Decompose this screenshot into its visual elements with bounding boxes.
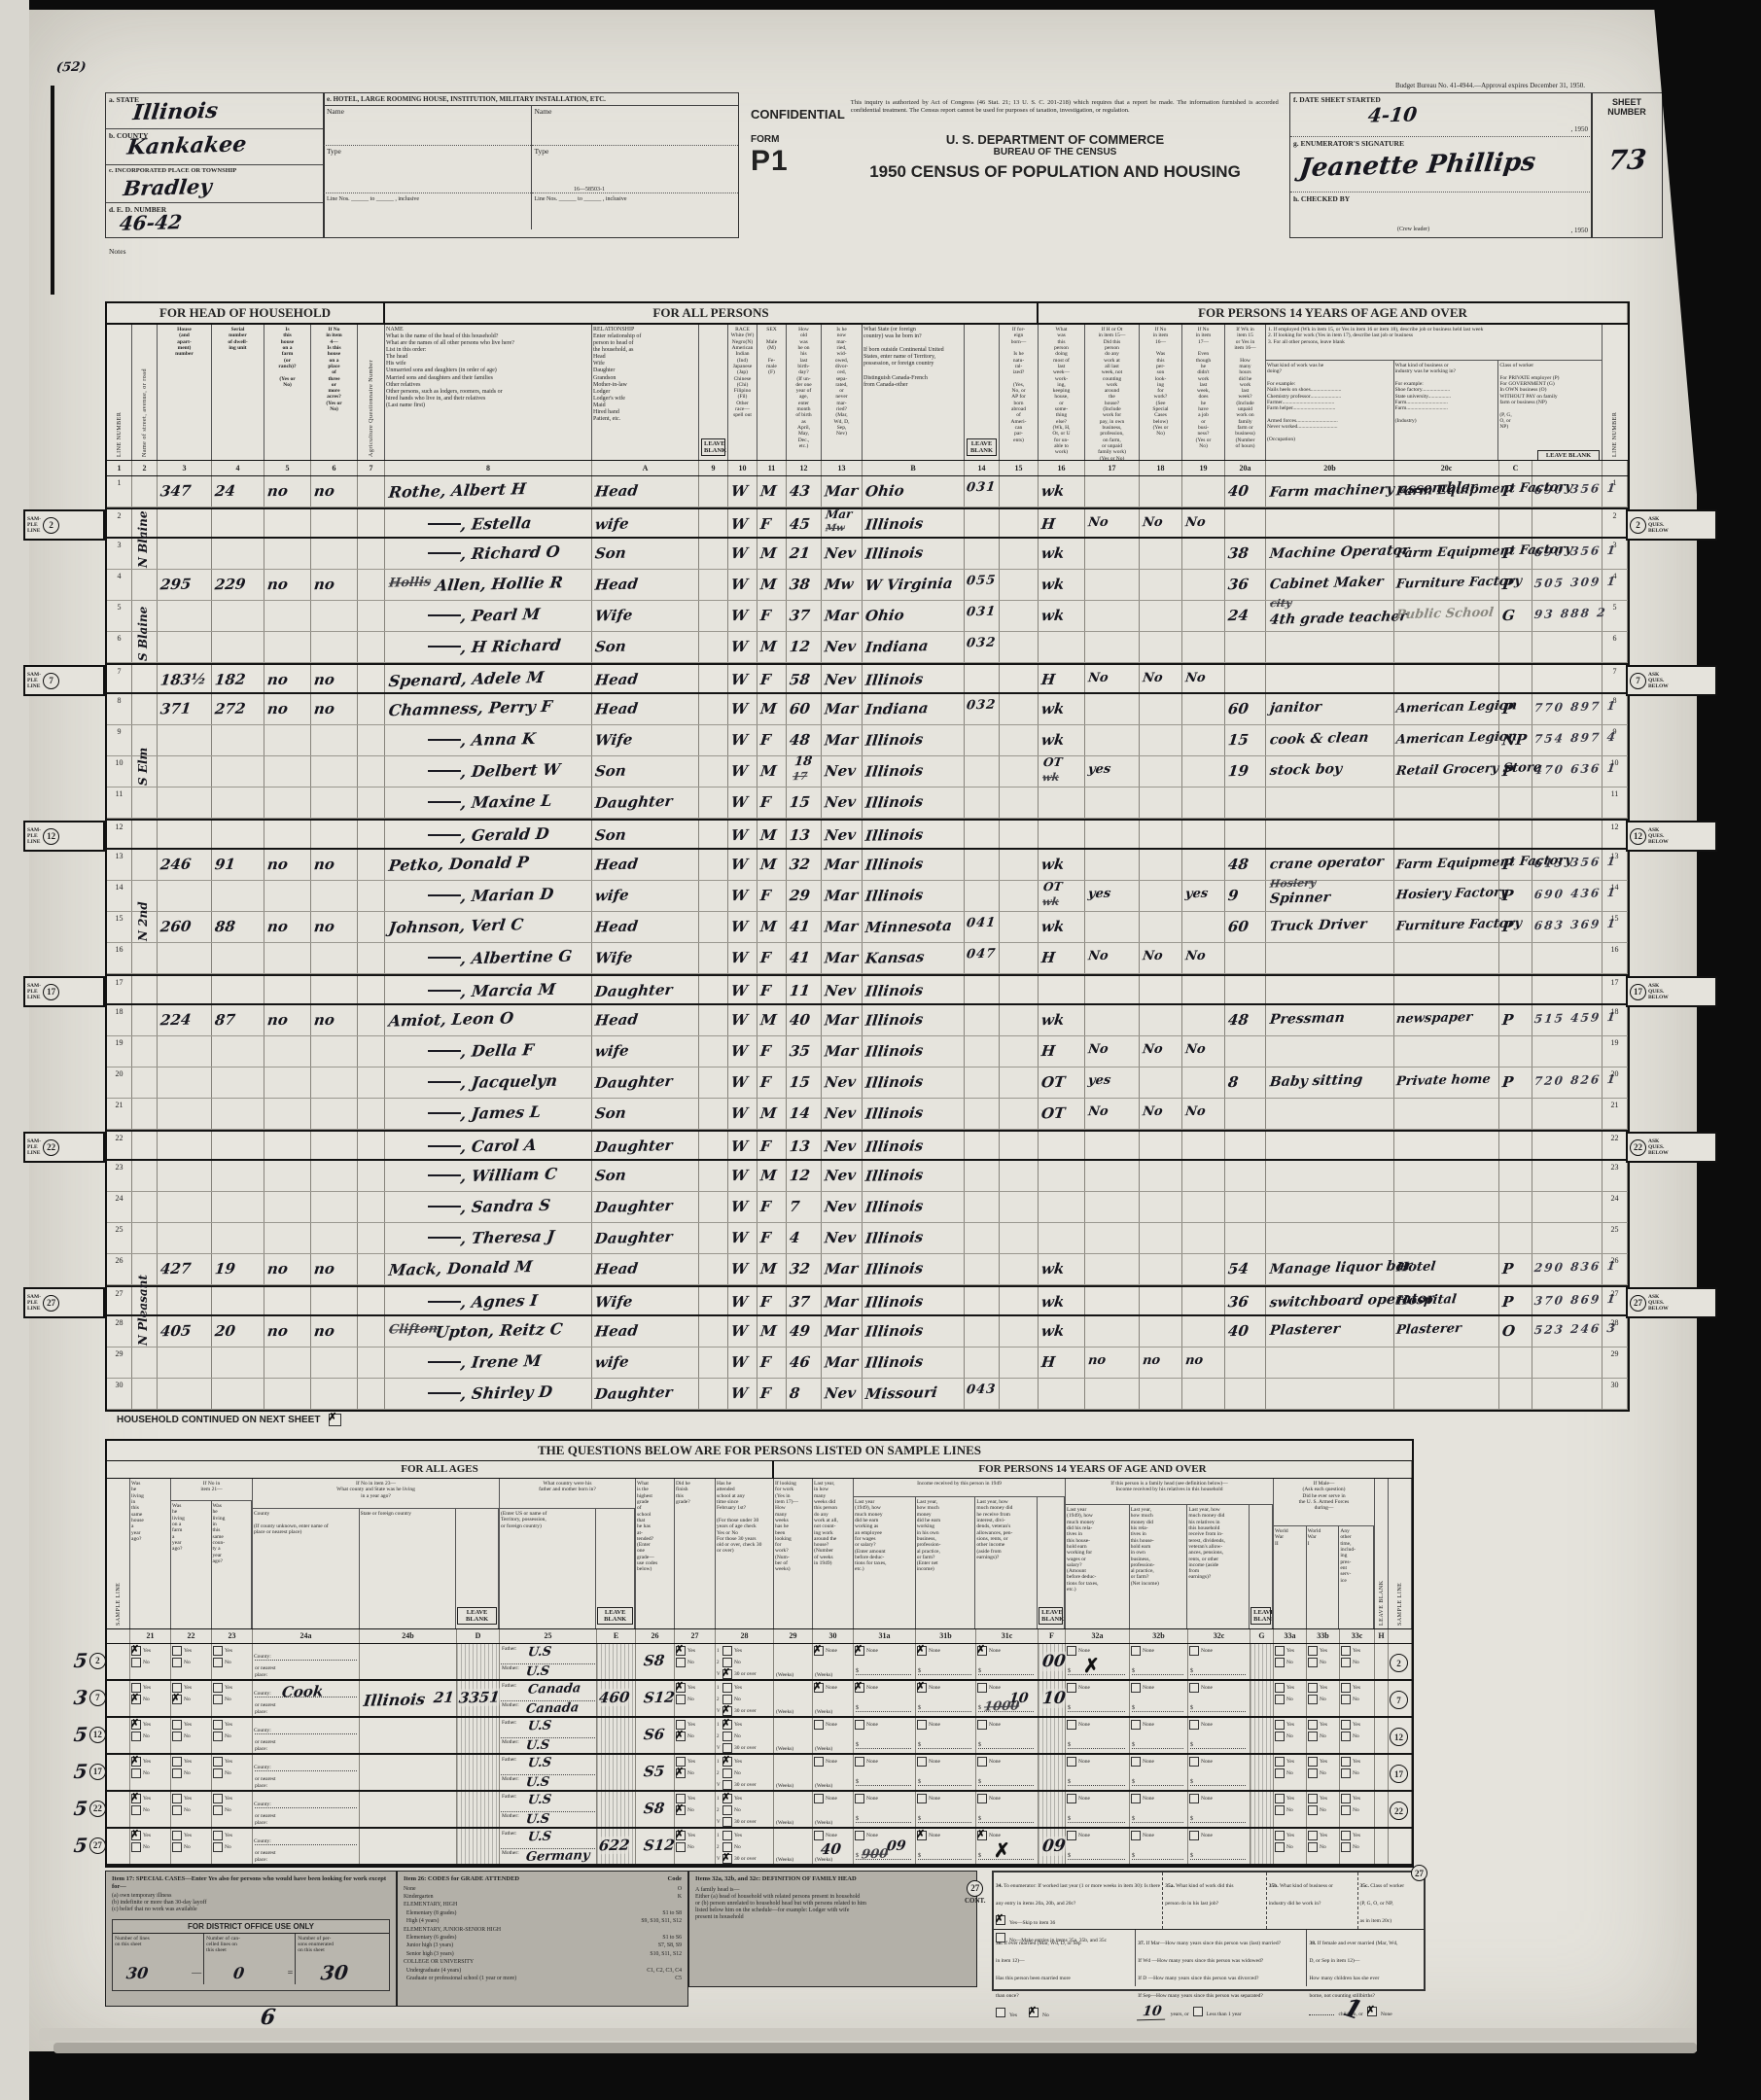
- r13-c5: no: [311, 850, 358, 880]
- name-holder: Mack, Donald M: [389, 1259, 532, 1278]
- r14-c21: 9: [1225, 881, 1266, 911]
- group-cols: (Enter US or name of Territory, possessi…: [500, 1509, 635, 1628]
- option-row: 1Yes: [717, 1756, 772, 1767]
- r21-c1: [132, 1099, 158, 1129]
- b22-24b: [360, 1792, 457, 1827]
- option-row: Yes: [131, 1793, 169, 1804]
- r25-c22: [1266, 1223, 1394, 1253]
- checkbox-none: [977, 1757, 987, 1767]
- r4-c9: [699, 570, 728, 600]
- checkbox-none: [917, 1757, 927, 1767]
- value: 19: [1227, 762, 1250, 781]
- nearest-label: or nearest place:: [255, 1665, 276, 1678]
- r25-c4: [264, 1223, 311, 1253]
- district-col1-label: Number of lines on this sheet: [115, 1936, 150, 1947]
- value: M: [759, 1260, 778, 1277]
- option-row: No: [172, 1731, 210, 1742]
- cont-label: CONT.: [965, 1897, 985, 1905]
- col-header-text: Agriculture Questionnaire Number: [369, 327, 374, 457]
- option-label: None: [826, 1796, 837, 1802]
- line-number: 10: [1603, 758, 1627, 767]
- r7-c21: [1225, 665, 1266, 692]
- r30-c18: [1085, 1379, 1140, 1409]
- r15-c4: no: [264, 912, 311, 942]
- r9-c6: [358, 725, 385, 755]
- b12-28: 1Yes2NoV30 or over: [716, 1718, 774, 1753]
- bottom-band-1: FOR PERSONS 14 YEARS OF AGE AND OVER: [774, 1461, 1412, 1478]
- col-header-text: Name of street, avenue, or road: [142, 327, 148, 457]
- r1-c26: 1: [1603, 476, 1628, 507]
- option-label: No: [184, 1697, 191, 1702]
- r2-c8: wife: [592, 509, 699, 537]
- line-number: 11: [107, 789, 131, 798]
- crossed-name: Clifton: [388, 1321, 439, 1337]
- line-number: 23: [107, 1163, 131, 1172]
- value: Minnesota: [864, 917, 953, 936]
- option-row: Yes: [131, 1830, 169, 1841]
- r6-c13: Nev: [822, 632, 863, 662]
- option-label: Yes: [1320, 1685, 1327, 1691]
- r19-c10: W: [728, 1036, 757, 1067]
- checkbox-no: [213, 1805, 223, 1815]
- r13-c23: Farm Equipment Factory: [1394, 850, 1499, 880]
- value: no: [266, 1322, 289, 1341]
- r14-c11: F: [757, 881, 787, 911]
- value: Head: [594, 670, 639, 688]
- checkbox-no: [1308, 1768, 1318, 1778]
- dollar-line: $: [1132, 1853, 1183, 1860]
- option-row: No: [172, 1804, 210, 1816]
- r14-c16: [1000, 881, 1039, 911]
- value: Nev: [824, 1137, 857, 1156]
- name-holder: , Maxine L: [389, 792, 551, 812]
- margin-number: 5: [73, 1834, 89, 1857]
- r22-c8: Daughter: [592, 1132, 699, 1159]
- r9-c19: [1140, 725, 1182, 755]
- option-row: V30 or over: [717, 1668, 772, 1680]
- person-name: , H Richard: [460, 636, 562, 657]
- checkbox-yes: [1275, 1720, 1285, 1730]
- r19-c9: [699, 1036, 728, 1067]
- value: Illinois: [864, 514, 924, 534]
- r21-c23: [1394, 1099, 1499, 1129]
- r29-c21: [1225, 1347, 1266, 1378]
- special-cases-title: Item 17: SPECIAL CASES—Enter Yes also fo…: [112, 1875, 390, 1890]
- r13-c14: Illinois: [863, 850, 965, 880]
- r1-c20: [1182, 476, 1225, 507]
- option-label: Yes: [1286, 1685, 1294, 1691]
- r18-c23: newspaper: [1394, 1005, 1499, 1035]
- r27-c26: 27: [1603, 1287, 1628, 1314]
- value: 183½: [159, 670, 207, 688]
- checkbox-none: [1067, 1794, 1076, 1803]
- b17-31a: None$: [854, 1755, 916, 1790]
- industry: Hotel: [1395, 1259, 1436, 1275]
- mother-value: Germany: [525, 1848, 590, 1865]
- col-header-text: Was he living on a farm a year ago?: [172, 1503, 210, 1553]
- value: 37: [789, 607, 811, 625]
- table-row: 14, Marian DwifeWF29MarIllinoiswkOTyesye…: [107, 881, 1628, 912]
- r13-c10: W: [728, 850, 757, 880]
- value: 32: [789, 856, 811, 874]
- colnum-16: 16: [1039, 461, 1085, 475]
- value: W: [730, 671, 749, 688]
- option-label: No: [734, 1733, 741, 1739]
- r5-c6: [358, 601, 385, 631]
- option-row: No: [1341, 1694, 1373, 1705]
- value: M: [759, 856, 778, 873]
- r6-c18: [1085, 632, 1140, 662]
- r2-c2: [158, 509, 212, 537]
- value: No: [1087, 1042, 1109, 1058]
- value: 229: [214, 576, 246, 594]
- checkbox-yes: [172, 1831, 182, 1840]
- dept-line: U. S. DEPARTMENT OF COMMERCE: [827, 132, 1284, 147]
- margin-number: 5: [73, 1797, 89, 1820]
- option-row: No: [131, 1657, 169, 1668]
- form-id: FORM P1: [751, 134, 789, 178]
- r20-c0: 20: [107, 1067, 132, 1098]
- r7-c18: No: [1085, 665, 1140, 692]
- option-row: Yes: [213, 1830, 251, 1841]
- item38-text: If female and ever married (Mar, Wd, D, …: [1309, 1941, 1397, 1999]
- value: 88: [214, 918, 236, 936]
- option-row: None: [814, 1719, 852, 1731]
- r10-c17: wkOT: [1039, 756, 1085, 787]
- name-holder: , Theresa J: [389, 1228, 554, 1247]
- b27-24b: [360, 1829, 457, 1864]
- col-header-1: LINE NUMBER: [107, 325, 132, 460]
- col-header-B: What State (or foreign country) was he b…: [863, 325, 965, 460]
- occupation: Baby sitting: [1269, 1072, 1363, 1090]
- r12-c2: [158, 821, 212, 848]
- col-header-2: Name of street, avenue, or road: [132, 325, 158, 460]
- r16-c23: [1394, 943, 1499, 973]
- r8-c2: 371: [158, 694, 212, 724]
- value: no: [266, 576, 289, 594]
- bottom-group-31a: Income received by this person in 1949La…: [854, 1479, 1066, 1628]
- dollar-line: $: [1132, 1668, 1183, 1675]
- r30-c13: Nev: [822, 1379, 863, 1409]
- value: 14: [789, 1104, 811, 1123]
- code-b: 055: [966, 574, 997, 589]
- checkbox-none: [1067, 1757, 1076, 1767]
- sample-person-row: YesNoYesNoYesNoCounty:or nearest place:F…: [107, 1718, 1412, 1755]
- table-row: 1822487nonoAmiot, Leon OHeadWM40MarIllin…: [107, 1005, 1628, 1036]
- value: Illinois: [864, 855, 924, 874]
- b12-H: [1375, 1718, 1389, 1753]
- state-value: Illinois: [363, 1690, 426, 1710]
- checkbox-30-or-over: [722, 1743, 732, 1753]
- r16-c9: [699, 943, 728, 973]
- continued-note: HOUSEHOLD CONTINUED ON NEXT SHEET: [117, 1414, 341, 1426]
- r1-c3: 24: [212, 476, 264, 507]
- value: 12: [789, 1167, 811, 1185]
- r19-c22: [1266, 1036, 1394, 1067]
- r12-c0: 12: [107, 821, 132, 848]
- col-header-text: SEX Male (M) Fe- male (F): [758, 327, 785, 376]
- group-cols: Was he living on a farm a year ago?Was h…: [171, 1501, 252, 1628]
- checkbox-yes: [213, 1831, 223, 1840]
- r28-c19: [1140, 1316, 1182, 1347]
- r28-c25: 523 246 3: [1532, 1316, 1603, 1347]
- option-label: No: [184, 1807, 191, 1813]
- r2-c21: [1225, 509, 1266, 537]
- line-number: 17: [1603, 978, 1627, 987]
- r13-c6: [358, 850, 385, 880]
- r9-c13: Mar: [822, 725, 863, 755]
- value: no: [313, 856, 335, 874]
- group-label: If Male— (Ask each question) Did he ever…: [1274, 1479, 1374, 1526]
- r9-c11: F: [757, 725, 787, 755]
- r13-c20: [1182, 850, 1225, 880]
- person-name: , Jacquelyn: [460, 1071, 558, 1093]
- occupation: Cabinet Maker: [1269, 574, 1385, 592]
- b12-31b: None$: [916, 1718, 976, 1753]
- option-prefix: 2: [717, 1697, 721, 1702]
- township-value: Bradley: [122, 174, 213, 200]
- r23-c8: Son: [592, 1161, 699, 1191]
- r21-c20: No: [1182, 1099, 1225, 1129]
- r22-c12: 13: [787, 1132, 822, 1159]
- r15-c12: 41: [787, 912, 822, 942]
- option-label: None: [1143, 1833, 1154, 1838]
- line-number: 25: [107, 1225, 131, 1234]
- option-row: No: [1341, 1841, 1373, 1853]
- option-row: None: [1189, 1756, 1249, 1767]
- table-row: 19, Della FwifeWF35MarIllinoisHNoNoNo19: [107, 1036, 1628, 1067]
- r24-c15: [965, 1192, 1000, 1222]
- r6-c19: [1140, 632, 1182, 662]
- r10-c10: W: [728, 756, 757, 787]
- r13-c21: 48: [1225, 850, 1266, 880]
- r22-c9: [699, 1132, 728, 1159]
- r16-c7: , Albertine G: [385, 943, 592, 973]
- col-header-text: LEAVE BLANK: [1379, 1481, 1385, 1626]
- option-label: No: [1353, 1733, 1359, 1739]
- col-header-text: If No in item 16— Was this per- son look…: [1141, 327, 1180, 437]
- b2-24b: [360, 1644, 457, 1679]
- r9-c3: [212, 725, 264, 755]
- option-row: Yes: [131, 1719, 169, 1731]
- district-persons-value: 30: [320, 1960, 350, 1984]
- sheet-number-label: SHEET NUMBER: [1592, 93, 1662, 117]
- r22-c20: [1182, 1132, 1225, 1159]
- person-name: Chamness, Perry F: [388, 697, 553, 719]
- r23-c3: [212, 1161, 264, 1191]
- r21-c11: M: [757, 1099, 787, 1129]
- table-row: 4S Blaine295229nonoHollisAllen, Hollie R…: [107, 570, 1628, 601]
- r18-c21: 48: [1225, 1005, 1266, 1035]
- line-number: 28: [1603, 1318, 1627, 1327]
- option-label: None: [1078, 1833, 1090, 1838]
- r12-c23: [1394, 821, 1499, 848]
- b22-32c: None$: [1188, 1792, 1250, 1827]
- option-row: No: [213, 1804, 251, 1816]
- b27-31b: None$: [916, 1829, 976, 1864]
- item34-yes-label: Yes—Skip to item 36: [1009, 1920, 1055, 1926]
- r16-c6: [358, 943, 385, 973]
- value: Illinois: [864, 1197, 924, 1216]
- r15-c17: wk: [1039, 912, 1085, 942]
- r3-c14: Illinois: [863, 539, 965, 569]
- option-label: None: [1201, 1685, 1213, 1691]
- line-number: 25: [1603, 1225, 1627, 1234]
- option-prefix: V: [717, 1709, 721, 1714]
- sample-badge-number: 7: [43, 673, 59, 689]
- b17-32b: None$: [1130, 1755, 1188, 1790]
- r24-c6: [358, 1192, 385, 1222]
- b27-G: [1250, 1829, 1274, 1864]
- paper-stack-edge-2: [53, 2043, 1697, 2053]
- r9-c12: 48: [787, 725, 822, 755]
- r5-c24: G: [1499, 601, 1532, 631]
- ask-badge-label: ASK QUES. BELOW: [1648, 1138, 1669, 1157]
- r7-c19: No: [1140, 665, 1182, 692]
- r2-c0: 2: [107, 509, 132, 537]
- value: F: [759, 1293, 772, 1311]
- checkbox-yes: [1308, 1646, 1318, 1656]
- r27-c9: [699, 1287, 728, 1314]
- value: 60: [789, 700, 811, 718]
- colnum-10: 10: [728, 461, 757, 475]
- r6-c9: [699, 632, 728, 662]
- option-row: 2No: [717, 1767, 772, 1779]
- checkbox-yes: [1308, 1831, 1318, 1840]
- line-number: 13: [107, 852, 131, 860]
- col-header-3: House (and apart- ment) number: [158, 325, 212, 460]
- option-label: None: [866, 1648, 878, 1654]
- r8-c7: Chamness, Perry F: [385, 694, 592, 724]
- value: M: [759, 1167, 778, 1184]
- r6-c15: 032: [965, 632, 1000, 662]
- r9-c5: [311, 725, 358, 755]
- b7-31a: None$: [854, 1681, 916, 1716]
- r23-c22: [1266, 1161, 1394, 1191]
- r16-c3: [212, 943, 264, 973]
- r7-c24: [1499, 665, 1532, 692]
- value: No: [1184, 671, 1206, 686]
- b22-31b: None$: [916, 1792, 976, 1827]
- r2-c4: [264, 509, 311, 537]
- checkbox-none: [917, 1683, 927, 1693]
- r28-c3: 20: [212, 1316, 264, 1347]
- r23-c19: [1140, 1161, 1182, 1191]
- option-label: No: [1286, 1660, 1293, 1665]
- code-line: Senior high (3 years)S10, S11, S12: [404, 1950, 682, 1958]
- item35b-text: What kind of business or industry did he…: [1269, 1883, 1333, 1907]
- sample-line-circle: 22: [1390, 1802, 1408, 1820]
- line-number: 20: [1603, 1069, 1627, 1078]
- checkbox-none: [977, 1720, 987, 1730]
- value: no: [313, 1260, 335, 1278]
- continued-text: HOUSEHOLD CONTINUED ON NEXT SHEET: [117, 1415, 320, 1425]
- bottom-colnum-32a: 32a: [1066, 1629, 1130, 1643]
- r9-c9: [699, 725, 728, 755]
- r2-c13: MwMar: [822, 509, 863, 537]
- r20-c6: [358, 1067, 385, 1098]
- grade-value: S8: [643, 1800, 665, 1818]
- checkbox-yes: [172, 1646, 182, 1656]
- col-header-text: Last year, in how many weeks did this pe…: [814, 1481, 852, 1566]
- option-row: No: [1308, 1694, 1338, 1705]
- value: F: [759, 887, 772, 904]
- value: H: [1040, 1042, 1056, 1060]
- sample-person-row: YesNoYesNoYesNoCounty:or nearest place:F…: [107, 1755, 1412, 1792]
- option-label: None: [1078, 1722, 1090, 1728]
- r14-c7: , Marian D: [385, 881, 592, 911]
- option-label: No: [687, 1733, 694, 1739]
- r22-c3: [212, 1132, 264, 1159]
- value: W: [730, 482, 749, 500]
- r20-c21: 8: [1225, 1067, 1266, 1098]
- code-value: S7, S8, S9: [658, 1942, 682, 1949]
- checkbox-none: [855, 1720, 864, 1730]
- r20-c19: [1140, 1067, 1182, 1098]
- option-label: No: [687, 1807, 694, 1813]
- b12-26: S6: [636, 1718, 675, 1753]
- r27-c14: Illinois: [863, 1287, 965, 1314]
- checkbox-no: [676, 1768, 686, 1778]
- option-row: Yes: [172, 1830, 210, 1841]
- r20-c26: 20: [1603, 1067, 1628, 1098]
- item37-years-value: 10: [1137, 2004, 1168, 2021]
- checkbox-none: [1067, 1720, 1076, 1730]
- item37-less-checkbox: [1193, 2007, 1203, 2016]
- option-prefix: 2: [717, 1845, 721, 1850]
- b12-F: [1039, 1718, 1066, 1753]
- value: Mar: [824, 1011, 859, 1030]
- b2-G: [1250, 1644, 1274, 1679]
- crossed-age: 17: [792, 770, 808, 783]
- option-label: None: [1143, 1685, 1154, 1691]
- r27-c17: wk: [1039, 1287, 1085, 1314]
- line-number: 12: [1603, 822, 1627, 831]
- r25-c11: F: [757, 1223, 787, 1253]
- b22-32a: None$: [1066, 1792, 1130, 1827]
- value: F: [759, 731, 772, 749]
- r22-c1: [132, 1132, 158, 1159]
- weeks-label: (Weeks): [776, 1672, 793, 1678]
- r28-c12: 49: [787, 1316, 822, 1347]
- b12-33c: YesNo: [1340, 1718, 1375, 1753]
- r7-c9: [699, 665, 728, 692]
- col-header-text: SAMPLE LINE: [1397, 1481, 1403, 1626]
- value: 24: [214, 482, 236, 501]
- table-row: 9, Anna KWifeWF48MarIllinoiswk15cook & c…: [107, 725, 1628, 756]
- r26-c8: Head: [592, 1254, 699, 1284]
- scan-artifact-left: [51, 86, 54, 295]
- r3-c9: [699, 539, 728, 569]
- value: F: [759, 1353, 772, 1371]
- option-label: Yes: [687, 1796, 695, 1802]
- option-row: V30 or over: [717, 1779, 772, 1791]
- r16-c21: [1225, 943, 1266, 973]
- r28-c11: M: [757, 1316, 787, 1347]
- r3-c26: 3: [1603, 539, 1628, 569]
- dash-line: [428, 1206, 461, 1207]
- code-line: COLLEGE OR UNIVERSITY: [404, 1958, 682, 1966]
- value: wife: [594, 515, 630, 534]
- code-value: S1 to S6: [662, 1934, 682, 1942]
- name-holder: , H Richard: [389, 637, 561, 656]
- value: No: [1087, 671, 1109, 686]
- value: Nev: [824, 1198, 857, 1216]
- r10-c22: stock boy: [1266, 756, 1394, 787]
- line-number: 21: [107, 1101, 131, 1109]
- option-label: None: [866, 1833, 878, 1838]
- r27-c21: 36: [1225, 1287, 1266, 1314]
